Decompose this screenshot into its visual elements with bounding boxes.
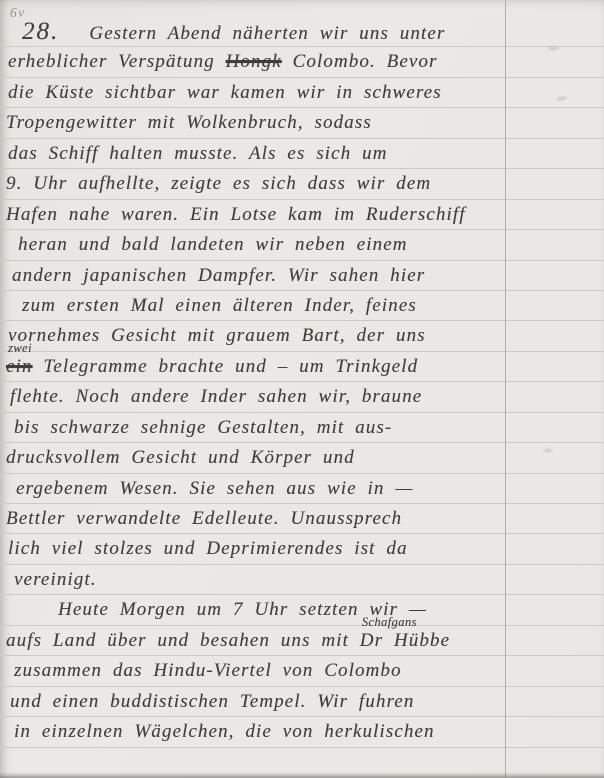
handwriting-line: aufs Land über und besahen uns mit Schaf…: [0, 626, 604, 656]
handwriting-segment: Bettler verwandelte Edelleute. Unausspre…: [6, 508, 402, 529]
handwriting-segment: bis schwarze sehnige Gestalten, mit aus-: [14, 417, 392, 438]
handwriting-line: lich viel stolzes und Deprimierendes ist…: [0, 534, 604, 564]
handwriting-line: bis schwarze sehnige Gestalten, mit aus-: [0, 413, 604, 443]
document-page: 6v 28.Gestern Abend näherten wir uns unt…: [0, 0, 604, 778]
handwriting-line: Bettler verwandelte Edelleute. Unausspre…: [0, 504, 604, 534]
handwriting-segment: andern japanischen Dampfer. Wir sahen hi…: [12, 265, 425, 286]
handwriting-segment: zusammen das Hindu-Viertel von Colombo: [14, 660, 402, 681]
handwriting-segment: 9. Uhr aufhellte, zeigte es sich dass wi…: [6, 173, 431, 194]
handwriting-segment: aufs Land über und besahen uns mit: [6, 630, 360, 651]
handwriting-segment: Colombo. Bevor: [282, 51, 438, 72]
handwriting-line: erheblicher Verspätung Hongk Colombo. Be…: [0, 47, 604, 77]
handwriting-segment: Hafen nahe waren. Ein Lotse kam im Ruder…: [6, 204, 466, 225]
handwriting-segment: zum ersten Mal einen älteren Inder, fein…: [22, 295, 417, 316]
struck-word: Hongk: [226, 51, 282, 72]
handwriting-line: das Schiff halten musste. Als es sich um: [0, 139, 604, 169]
handwriting-segment: drucksvollem Gesicht und Körper und: [6, 447, 355, 468]
handwriting-line: Heute Morgen um 7 Uhr setzten wir —: [0, 595, 604, 625]
handwriting-line: in einzelnen Wägelchen, die von herkulis…: [0, 717, 604, 747]
handwriting-line: Tropengewitter mit Wolkenbruch, sodass: [0, 108, 604, 138]
handwriting-line: die Küste sichtbar war kamen wir in schw…: [0, 78, 604, 108]
handwriting-segment: ergebenem Wesen. Sie sehen aus wie in —: [16, 478, 413, 499]
handwriting-line: zusammen das Hindu-Viertel von Colombo: [0, 656, 604, 686]
handwriting-segment: Tropengewitter mit Wolkenbruch, sodass: [6, 112, 372, 133]
handwriting-segment: Telegramme brachte und – um Trinkgeld: [33, 356, 419, 377]
handwriting-text: 28.Gestern Abend näherten wir uns untere…: [0, 0, 604, 748]
entry-number: 28.: [22, 17, 59, 47]
inline-correction: SchafgansDr Hübbe: [360, 630, 450, 651]
handwriting-segment: in einzelnen Wägelchen, die von herkulis…: [14, 721, 435, 742]
inline-correction: zweiein: [6, 356, 33, 377]
handwriting-segment: vereinigt.: [14, 569, 97, 590]
handwriting-line: Hafen nahe waren. Ein Lotse kam im Ruder…: [0, 200, 604, 230]
handwriting-line: ergebenem Wesen. Sie sehen aus wie in —: [0, 474, 604, 504]
handwriting-segment: Dr Hübbe: [360, 630, 450, 651]
handwriting-segment: Gestern Abend näherten wir uns unter: [89, 23, 445, 44]
margin-rule-line: [505, 0, 506, 778]
inserted-word: zwei: [8, 342, 32, 355]
handwriting-segment: und einen buddistischen Tempel. Wir fuhr…: [10, 691, 414, 712]
handwriting-segment: lich viel stolzes und Deprimierendes ist…: [8, 538, 408, 559]
handwriting-line: 9. Uhr aufhellte, zeigte es sich dass wi…: [0, 169, 604, 199]
handwriting-segment: flehte. Noch andere Inder sahen wir, bra…: [10, 386, 422, 407]
paper-smudge: [548, 47, 559, 50]
handwriting-line: und einen buddistischen Tempel. Wir fuhr…: [0, 687, 604, 717]
scan-edge-shadow: [0, 772, 604, 778]
handwriting-segment: die Küste sichtbar war kamen wir in schw…: [8, 82, 442, 103]
handwriting-segment: vornehmes Gesicht mit grauem Bart, der u…: [8, 325, 426, 346]
handwriting-line: drucksvollem Gesicht und Körper und: [0, 443, 604, 473]
handwriting-line: vereinigt.: [0, 565, 604, 595]
handwriting-segment: erheblicher Verspätung: [8, 51, 226, 72]
struck-word: ein: [6, 356, 33, 377]
handwriting-line: zum ersten Mal einen älteren Inder, fein…: [0, 291, 604, 321]
handwriting-line: flehte. Noch andere Inder sahen wir, bra…: [0, 382, 604, 412]
handwriting-segment: heran und bald landeten wir neben einem: [18, 234, 408, 255]
handwriting-line: vornehmes Gesicht mit grauem Bart, der u…: [0, 321, 604, 351]
inserted-word: Schafgans: [362, 616, 417, 629]
handwriting-line: zweiein Telegramme brachte und – um Trin…: [0, 352, 604, 382]
handwriting-line: heran und bald landeten wir neben einem: [0, 230, 604, 260]
handwriting-segment: das Schiff halten musste. Als es sich um: [8, 143, 387, 164]
handwriting-line: andern japanischen Dampfer. Wir sahen hi…: [0, 261, 604, 291]
paper-smudge: [544, 449, 552, 452]
handwriting-line: 28.Gestern Abend näherten wir uns unter: [0, 17, 604, 47]
